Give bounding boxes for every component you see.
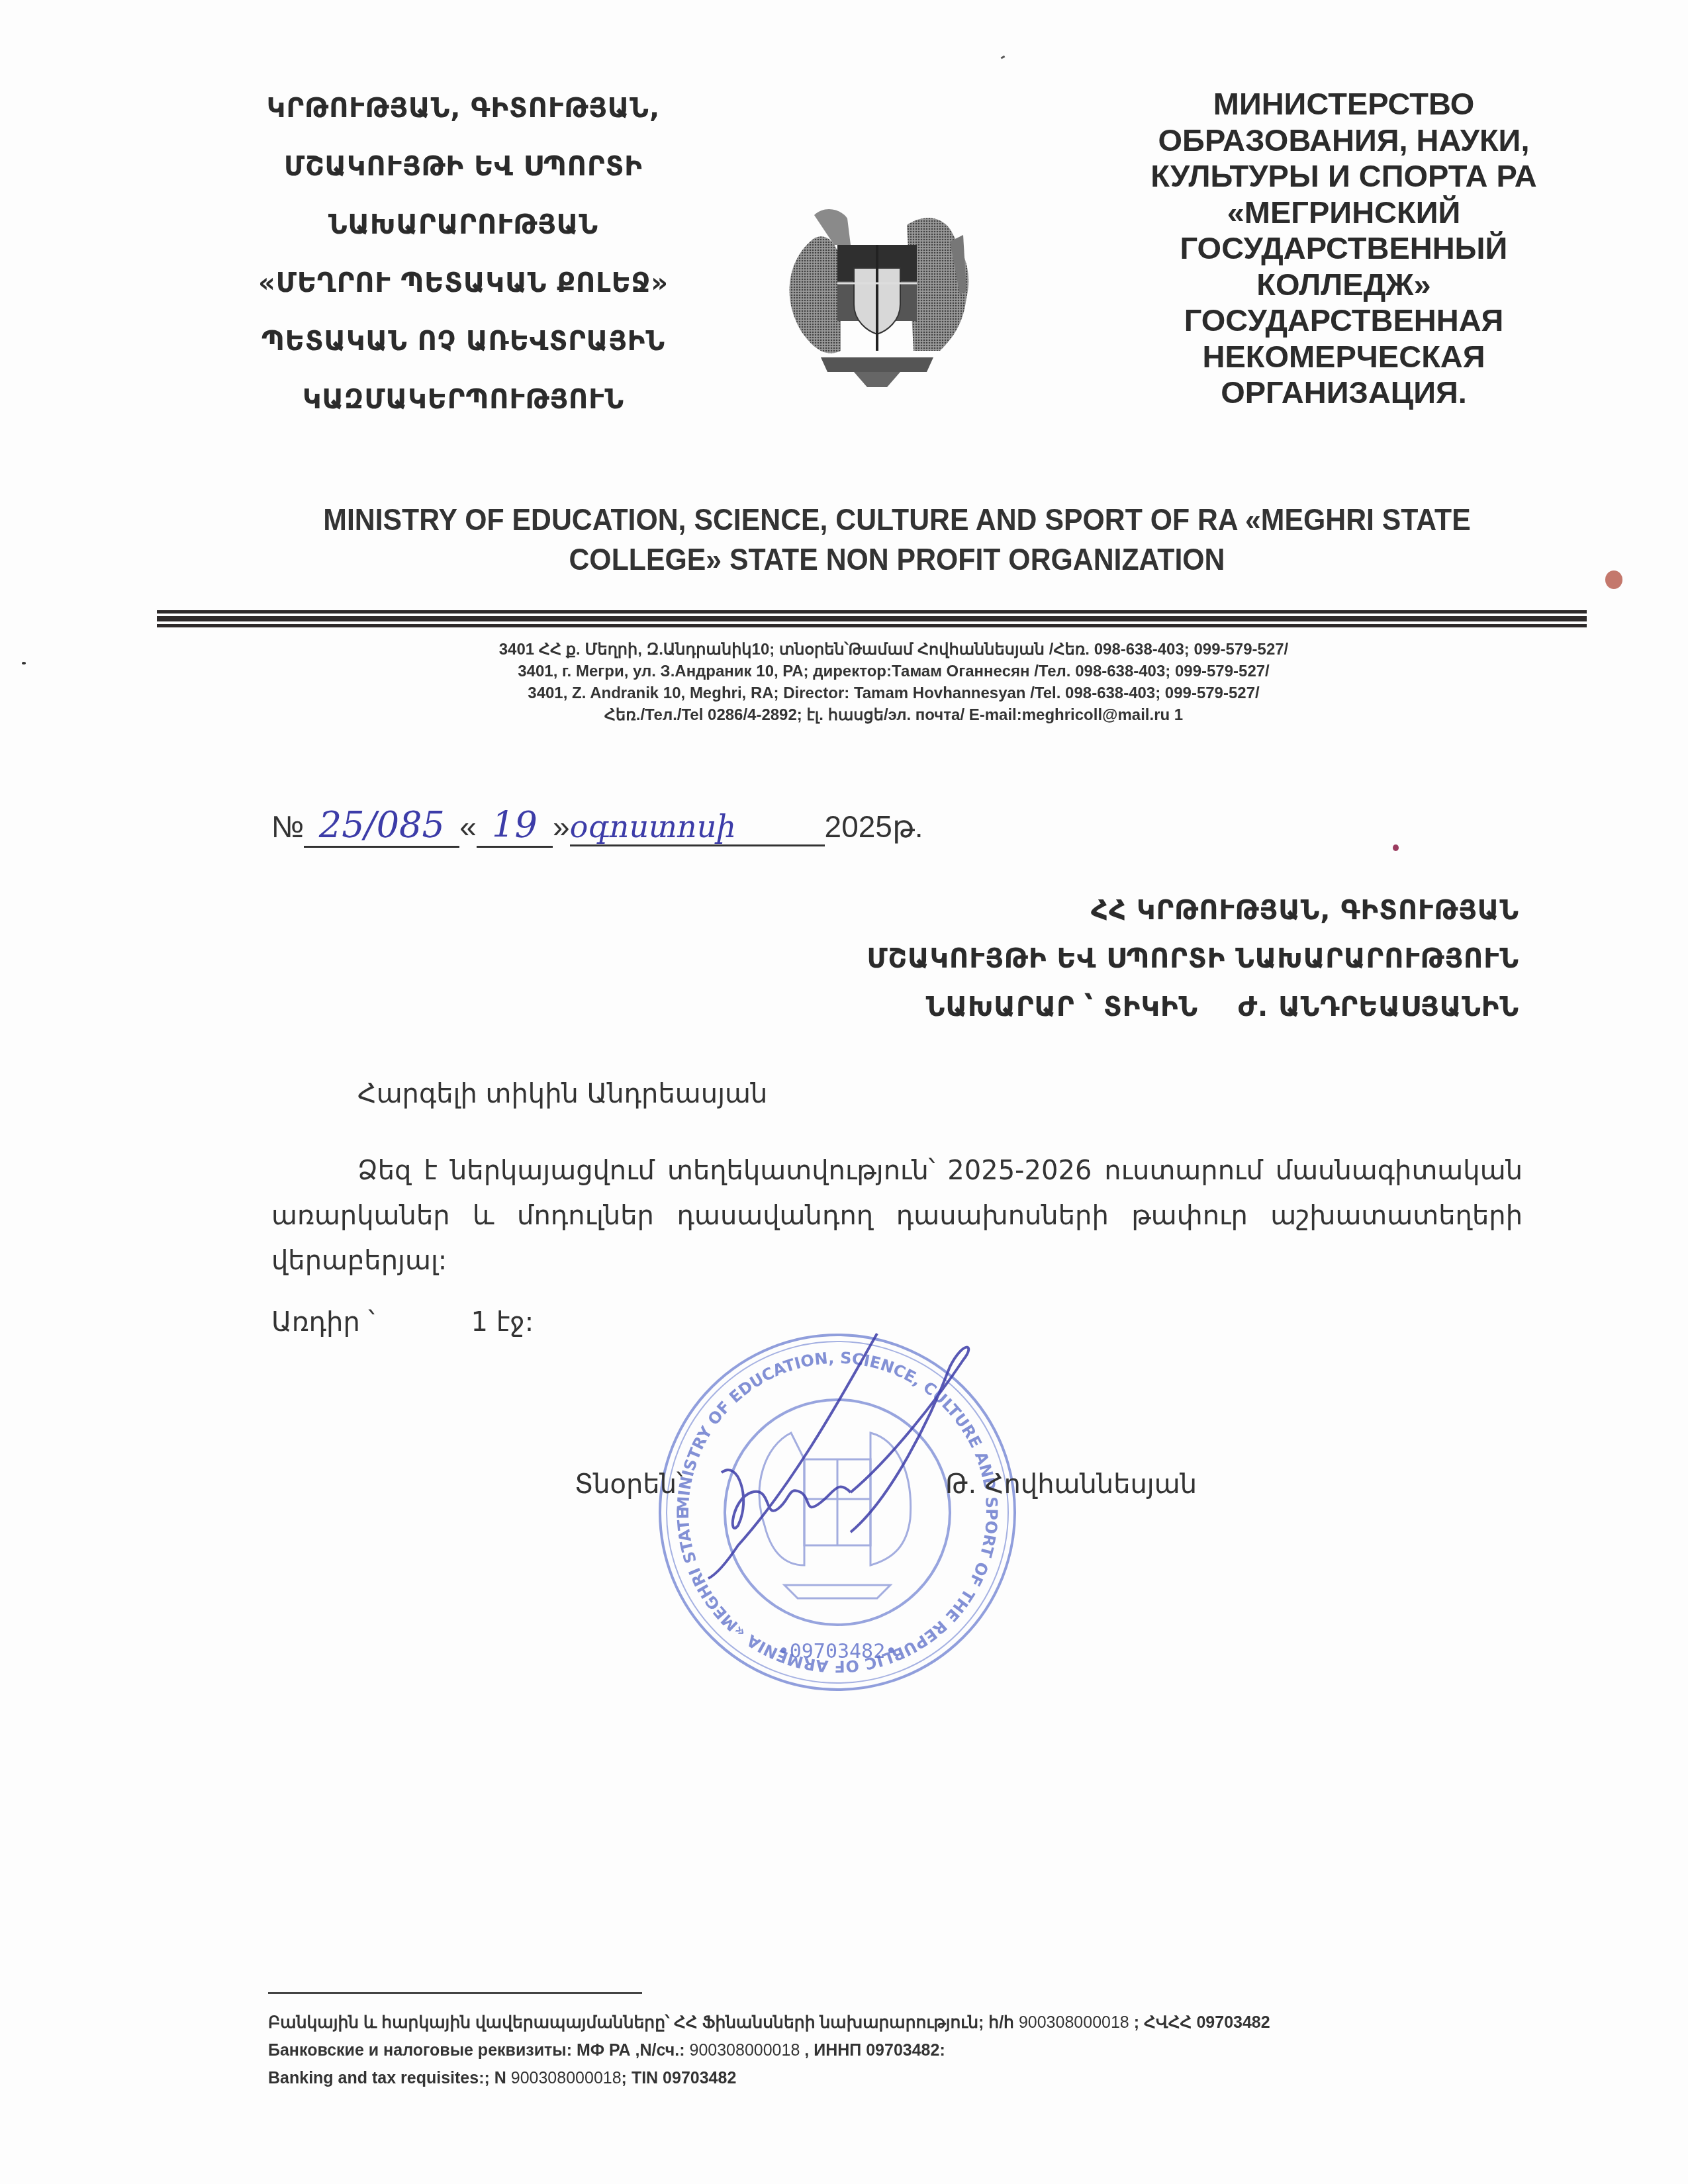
letterhead-line: «ՄԵՂՐՈՒ ՊԵՏԱԿԱՆ ՔՈԼԵՋ» <box>199 254 728 312</box>
letterhead-line: КОЛЛЕДЖ» <box>1139 267 1549 303</box>
letterhead-line: ОРГАНИЗАЦИЯ. <box>1139 375 1549 411</box>
contact-line: 3401 ՀՀ ք. Մեղրի, Զ.Անդրանիկ10; տնօրեն՝Թ… <box>424 639 1364 660</box>
letterhead-english: MINISTRY OF EDUCATION, SCIENCE, CULTURE … <box>297 500 1497 579</box>
number-sign: № <box>271 809 304 844</box>
footer-line: Банковские и налоговые реквизиты: МФ РА … <box>268 2036 1393 2064</box>
attachment-label: Առդիր ՝ <box>271 1307 375 1338</box>
footer-divider <box>268 1992 642 1994</box>
letterhead-line: ՆԱԽԱՐԱՐՈՒԹՅԱՆ <box>199 196 728 254</box>
footer-line: Բանկային և հարկային վավերապայմանները՝ ՀՀ… <box>268 2009 1393 2036</box>
day-value: 19 <box>492 804 538 846</box>
letterhead-line: КУЛЬТУРЫ И СПОРТА РА <box>1139 158 1549 195</box>
reference-number-field: 25/085 <box>304 804 459 848</box>
letterhead-line: НЕКОМЕРЧЕСКАЯ <box>1139 339 1549 375</box>
year: 2025թ. <box>825 809 923 844</box>
ink-spot <box>22 662 26 664</box>
ink-spot <box>1393 844 1399 851</box>
reference-line: №25/085«19»օգոստոսի2025թ. <box>271 804 923 848</box>
letterhead-armenian: ԿՐԹՈՒԹՅԱՆ, ԳԻՏՈՒԹՅԱՆ, ՄՇԱԿՈՒՅԹԻ ԵՎ ՍՊՈՐՏ… <box>199 79 728 429</box>
header-divider <box>157 610 1587 627</box>
official-stamp: MINISTRY OF EDUCATION, SCIENCE, CULTURE … <box>652 1327 1023 1698</box>
contact-line: 3401, г. Мегри, ул. З.Андраник 10, РА; д… <box>424 660 1364 682</box>
letterhead-line: ՄՇԱԿՈՒՅԹԻ ԵՎ ՍՊՈՐՏԻ <box>199 138 728 196</box>
ink-spot <box>1605 570 1622 589</box>
letterhead-line: COLLEGE» STATE NON PROFIT ORGANIZATION <box>297 539 1497 579</box>
month-value: օգոստոսի <box>570 809 736 844</box>
signatory-title: Տնօրեն՝ <box>575 1469 683 1500</box>
coat-of-arms-icon <box>774 199 980 397</box>
ink-spot <box>1001 56 1006 60</box>
letterhead-line: ԿԱԶՄԱԿԵՐՊՈՒԹՅՈՒՆ <box>199 371 728 429</box>
close-quote: » <box>553 809 570 844</box>
stamp-number: •09703482• <box>778 1640 898 1663</box>
day-field: 19 <box>477 804 553 848</box>
letterhead-line: МИНИСТЕРСТВО <box>1139 86 1549 122</box>
letterhead-line: MINISTRY OF EDUCATION, SCIENCE, CULTURE … <box>297 500 1497 539</box>
footer-line: Banking and tax requisites:; N 900308000… <box>268 2064 1393 2092</box>
letterhead-line: ГОСУДАРСТВЕННАЯ <box>1139 302 1549 339</box>
attachment-note: Առդիր ՝ 1 էջ: <box>271 1307 534 1338</box>
footer-banking: Բանկային և հարկային վավերապայմանները՝ ՀՀ… <box>268 2009 1393 2092</box>
contact-line: 3401, Z. Andranik 10, Meghri, RA; Direct… <box>424 682 1364 704</box>
letterhead-line: «МЕГРИНСКИЙ <box>1139 195 1549 231</box>
addressee-line: ՆԱԽԱՐԱՐ ՝ ՏԻԿԻՆ Ժ. ԱՆԴՐԵԱՍՅԱՆԻՆ <box>761 983 1519 1032</box>
letter-body: Ձեզ է ներկայացվում տեղեկատվություն՝ 2025… <box>271 1148 1523 1283</box>
addressee-line: ՄՇԱԿՈՒՅԹԻ ԵՎ ՍՊՈՐՏԻ ՆԱԽԱՐԱՐՈՒԹՅՈՒՆ <box>761 935 1519 983</box>
contact-info: 3401 ՀՀ ք. Մեղրի, Զ.Անդրանիկ10; տնօրեն՝Թ… <box>424 639 1364 726</box>
addressee-line: ՀՀ ԿՐԹՈՒԹՅԱՆ, ԳԻՏՈՒԹՅԱՆ <box>761 887 1519 935</box>
attachment-value: 1 էջ: <box>471 1307 534 1338</box>
letterhead-line: ГОСУДАРСТВЕННЫЙ <box>1139 230 1549 267</box>
month-field: օգոստոսի <box>570 809 825 846</box>
open-quote: « <box>459 809 477 844</box>
signatory-name: Թ. Հովհաննեսյան <box>945 1469 1197 1500</box>
letterhead-line: ԿՐԹՈՒԹՅԱՆ, ԳԻՏՈՒԹՅԱՆ, <box>199 79 728 138</box>
reference-number: 25/085 <box>319 804 445 846</box>
contact-line: Հեռ./Тел./Tel 0286/4-2892; էլ. հասցե/эл.… <box>424 704 1364 726</box>
salutation: Հարգելի տիկին Անդրեասյան <box>357 1079 767 1109</box>
addressee: ՀՀ ԿՐԹՈՒԹՅԱՆ, ԳԻՏՈՒԹՅԱՆ ՄՇԱԿՈՒՅԹԻ ԵՎ ՍՊՈ… <box>761 887 1519 1032</box>
letterhead-line: ՊԵՏԱԿԱՆ ՈՉ ԱՌԵՎՏՐԱՅԻՆ <box>199 312 728 371</box>
letterhead-line: ОБРАЗОВАНИЯ, НАУКИ, <box>1139 122 1549 159</box>
letterhead-russian: МИНИСТЕРСТВО ОБРАЗОВАНИЯ, НАУКИ, КУЛЬТУР… <box>1139 86 1549 411</box>
